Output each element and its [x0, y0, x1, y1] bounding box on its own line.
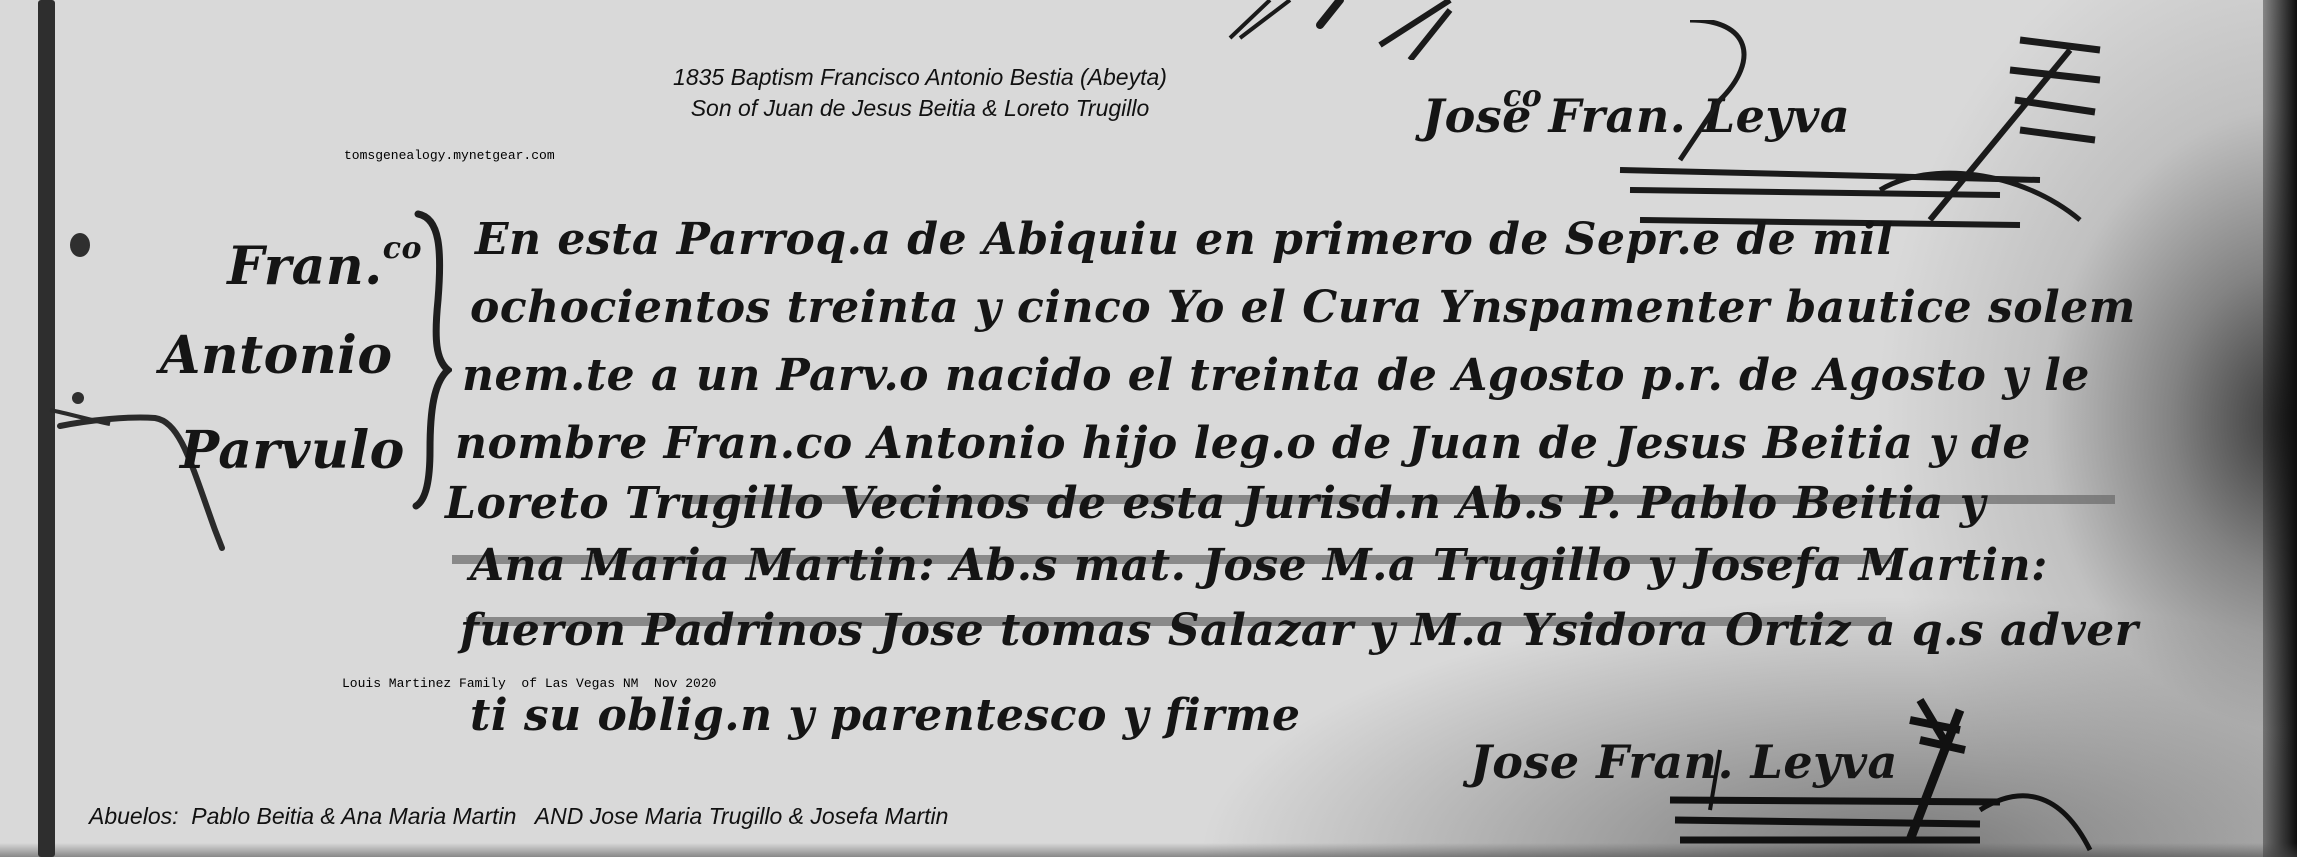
- record-title-line2: Son of Juan de Jesus Beitia & Loreto Tru…: [620, 93, 1220, 124]
- record-line-7: fueron Padrinos Jose tomas Salazar y M.a…: [460, 605, 2138, 656]
- margin-name-dot: .: [364, 236, 383, 297]
- record-line-8: ti su oblig.n y parentesco y firme: [470, 690, 1301, 741]
- record-line-4: nombre Fran.co Antonio hijo leg.o de Jua…: [455, 418, 2031, 469]
- bracket-brace: [412, 210, 452, 510]
- top-strokes: [1200, 0, 1500, 60]
- record-line-3: nem.te a un Parv.o nacido el treinta de …: [462, 350, 2090, 401]
- family-watermark: Louis Martinez Family of Las Vegas NM No…: [342, 676, 716, 691]
- page-edge-shadow: [2263, 0, 2297, 857]
- record-title-line1: 1835 Baptism Francisco Antonio Bestia (A…: [620, 62, 1220, 93]
- ink-blot: [70, 233, 90, 257]
- record-line-5: Loreto Trugillo Vecinos de esta Jurisd.n…: [445, 478, 1986, 529]
- top-signature-sup: co: [1503, 79, 1542, 114]
- record-line-2: ochocientos treinta y cinco Yo el Cura Y…: [470, 282, 2136, 333]
- grandparents-annotation: Abuelos: Pablo Beitia & Ana Maria Martin…: [89, 803, 948, 830]
- record-line-1: En esta Parroq.a de Abiquiu en primero d…: [475, 214, 1894, 265]
- margin-name-line3: Parvulo: [180, 420, 405, 481]
- margin-name-line1: Fran.co: [190, 175, 422, 297]
- record-line-6: Ana Maria Martin: Ab.s mat. Jose M.a Tru…: [470, 540, 2048, 591]
- signature-flourish-bottom: [1620, 690, 2140, 857]
- margin-name-first: Fran: [227, 236, 364, 297]
- record-title: 1835 Baptism Francisco Antonio Bestia (A…: [620, 62, 1220, 124]
- website-watermark: tomsgenealogy.mynetgear.com: [344, 148, 555, 163]
- margin-name-line2: Antonio: [160, 325, 393, 386]
